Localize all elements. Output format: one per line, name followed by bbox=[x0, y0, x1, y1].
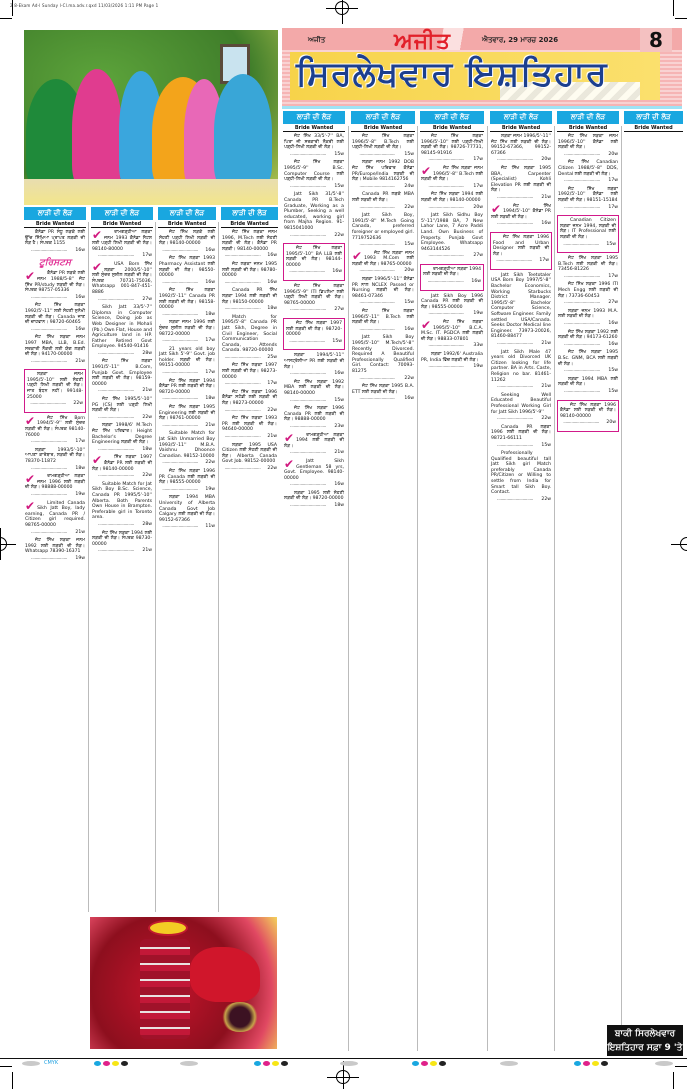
ad-word-count: 15w bbox=[284, 183, 344, 193]
column-subheader: Bride Wanted bbox=[420, 124, 484, 132]
ad-word-count: 16w bbox=[491, 220, 551, 230]
classified-ad: Jatt Sikh Gentleman 58 yrs, Govt. Employ… bbox=[283, 459, 345, 491]
classified-ad: Sikh Jatt 33/5'-7'' Diploma in Computer … bbox=[91, 305, 153, 359]
ad-text: ਜੱਟ ਸਿੱਖ ਲੜਕਾ 1995 B.Sc. GNM, BCA ਲਈ ਲੜਕ… bbox=[558, 350, 618, 367]
cyan-dot bbox=[574, 1061, 581, 1066]
yellow-dot bbox=[112, 1061, 119, 1066]
ad-text: Match for 1995/5'-8'' Canada PR Jatt Sik… bbox=[222, 315, 277, 354]
classified-ad: 21 years old boy Jatt Sikh 5'-9'' Govt. … bbox=[158, 347, 216, 379]
ad-text: Jatt Sikh Male 47 years old Divorced UK … bbox=[491, 350, 551, 384]
magenta-dot bbox=[583, 1061, 590, 1066]
ad-word-count: 16w bbox=[222, 279, 277, 289]
column-divider bbox=[348, 126, 349, 1051]
ad-text: Canada PR ਲੜਕਾ 1996 ਲਈ ਲੜਕੀ ਦੀ ਲੋੜ। 9872… bbox=[491, 425, 551, 442]
classified-ad: ਜੱਟ ਸਿੱਖ ਲੜਕਾ 1996/5'-10'' ਲਈ ਪੜ੍ਹੀ-ਲਿਖੀ… bbox=[420, 134, 484, 166]
ad-word-count: 21w bbox=[491, 340, 551, 350]
photo-bangles-jar bbox=[140, 939, 190, 1039]
classified-ad: ਜੱਟ ਲੜਕਾ ਜਨਮ 1995 ਲਈ ਲੜਕੀ ਦੀ ਲੋੜ। 98780-… bbox=[221, 262, 278, 288]
black-dot bbox=[439, 1061, 446, 1066]
registration-mark bbox=[335, 1, 349, 15]
ad-word-count: 16w bbox=[352, 326, 414, 336]
ad-text: ਲੜਕਾ ਜਨਮ 1992 DOB ਜੱਟ ਸਿੱਖ ਪਰਿਵਾਰ ਕੈਨੇਡਾ… bbox=[352, 160, 414, 182]
classified-ad: ਲੜਕਾ 1994/5'-11'' ਆਸਟ੍ਰੇਲੀਆ PR ਲਈ ਲੜਕੀ ਦ… bbox=[283, 353, 345, 379]
column-header: ਲਾੜੀ ਦੀ ਲੋੜ bbox=[283, 111, 345, 124]
column-subheader: Bride Wanted bbox=[490, 124, 552, 132]
classified-ad: ਜੱਟ ਸਿੱਖ ਲੜਕਾ ਜਨਮ 1993 M.Com ਲਈ ਲੜਕੀ ਦੀ … bbox=[351, 251, 415, 277]
ad-text: ਜੱਟ ਸਿੱਖ ਲੜਕਾ 1994 ਕੈਨੇਡਾ PR ਲਈ ਲੜਕੀ ਦੀ … bbox=[159, 379, 215, 396]
ad-word-count: 15w bbox=[491, 442, 551, 452]
photo-red-pouch bbox=[190, 947, 260, 1002]
ad-text: ਜੱਟ ਸਿੱਖ ਲੜਕਾ ਜਨਮ 1997 MBA, LLB, B.Ed. ਸ… bbox=[25, 335, 85, 357]
column-header: ਲਾੜੀ ਦੀ ਲੋੜ bbox=[420, 111, 484, 124]
yellow-dot bbox=[592, 1061, 599, 1066]
classified-ad: ਜੱਟ ਸਿੱਖ Born 1994/5'-9'' ਲਈ ਸੁੰਦਰ ਲੜਕੀ … bbox=[24, 416, 86, 448]
ad-text: ਜੱਟ ਸਿੱਖ ਲੜਕਾ ਜਨਮ 1993 M.Com ਲਈ ਲੜਕੀ ਦੀ … bbox=[352, 251, 414, 268]
ad-text: ਜੱਟ ਸਿੱਖ ਲੜਕਾ 1995 BBA, Carpenter (Speci… bbox=[491, 166, 551, 194]
ad-word-count: 18w bbox=[159, 395, 215, 405]
ad-word-count: 16w bbox=[284, 481, 344, 491]
ad-text: ਲੜਕਾ 1996/5'-11'' ਕੈਨੇਡਾ PR ਨਾਲ NCLEX Pa… bbox=[352, 277, 414, 299]
photo-cup bbox=[148, 920, 188, 936]
print-slug-line: 2 8-Ekam Ad-l Sunday l-Cl.ma.adv.r.qxd 1… bbox=[10, 3, 158, 8]
ad-text: ਜੱਟ ਸਿੱਖ ਲੜਕਾ ਜਨਮ 1996/5'-8'' B.Tech ਲਈ … bbox=[421, 166, 483, 183]
ad-word-count: 16w bbox=[352, 395, 414, 405]
column-subheader: Bride Wanted bbox=[221, 220, 278, 228]
ad-word-count: 33w bbox=[421, 342, 483, 352]
classified-ad: ਰਾਮਗੜ੍ਹੀਆ ਲੜਕਾ ਜਨਮ 1993 ਕੈਨੇਡਾ ਸੈਟਲ ਲਈ ਪ… bbox=[91, 230, 153, 262]
classified-ad: ਕੈਨੇਡਾ PR ਲੜਕੇ ਲਈ ਜਨਮ 1988/5-8'' ਜੱਟ ਸਿੱ… bbox=[24, 271, 86, 303]
classified-ad: ਜੱਟ ਸਿੱਖ ਲੜਕਾ 1995/5'-9'' B.Sc. Computer… bbox=[283, 160, 345, 192]
ad-column: ਲਾੜੀ ਦੀ ਲੋੜBride Wantedਰਾਮਗੜ੍ਹੀਆ ਲੜਕਾ ਜਨ… bbox=[91, 207, 153, 915]
ad-text: ਰਾਮਗੜ੍ਹੀਆ ਲੜਕਾ 1994 ਲਈ ਲੜਕੀ ਦੀ ਲੋੜ। bbox=[423, 267, 481, 278]
ad-text: ਜੱਟ ਸਿੱਖ ਲੜਕਾ 1992 MBA ਲਈ ਲੜਕੀ ਦੀ ਲੋੜ। 9… bbox=[284, 380, 344, 397]
ad-text: ਲੜਕਾ 1995 USA Citizen ਲਈ ਸੋਹਣੀ ਲੜਕੀ ਦੀ ਲ… bbox=[222, 443, 277, 465]
yellow-dot bbox=[430, 1061, 437, 1066]
ad-text: 21 years old boy Jatt Sikh 5'-9'' Govt. … bbox=[159, 347, 215, 369]
classified-ad: Limited Canada Sikh Jatt Boy, lady earni… bbox=[24, 501, 86, 539]
ad-text: ਜੱਟ ਸਿੱਖ ਲੜਕਾ 1996/5'-11'' B.Tech ਲਈ ਲੜਕ… bbox=[352, 309, 414, 326]
ad-text: Jatt Sikh Gentleman 58 yrs, Govt. Employ… bbox=[284, 459, 344, 481]
ad-text: ਜੱਟ ਸਿੱਖ ਲੜਕਾ 1992/5'-10'' ਕੈਨੇਡਾ ਲਈ ਲੜਕ… bbox=[558, 187, 618, 204]
ad-word-count: 22w bbox=[92, 414, 152, 424]
classified-ad: ਜੱਟ ਸਿੱਖ 1994/5'-10'' ਕੈਨੇਡਾ PR ਲਈ ਲੜਕੀ … bbox=[490, 204, 552, 230]
ad-text: ਲੜਕਾ 1994 MBA ਲਈ ਲੜਕੀ ਦੀ ਲੋੜ। bbox=[558, 377, 618, 388]
ad-text: ਜੱਟ ਸਿੱਖ ਲੜਕਾ 1992/5'-11'' ਲਈ ਸੋਹਣੀ ਸੁਨੱ… bbox=[25, 303, 85, 325]
masthead-rule bbox=[282, 106, 682, 109]
column-header: ਲਾੜੀ ਦੀ ਲੋੜ bbox=[624, 111, 683, 124]
classified-ad: ਜੱਟ ਸਿੱਖ ਲੜਕਾ ਜਨਮ 1996/5'-10'' ਕੈਨੇਡਾ ਲਈ… bbox=[557, 134, 619, 160]
classified-ad: Professionally Qualified beautiful tall … bbox=[490, 451, 552, 505]
crop-mark bbox=[0, 18, 12, 19]
classified-ad: ਜੱਟ ਸਿੱਖ ਲੜਕਾ 1997 ਲਈ ਲੜਕੀ ਦੀ ਲੋੜ। 98720… bbox=[283, 318, 345, 350]
classified-ad: ਰਾਮਗੜ੍ਹੀਆ ਲੜਕਾ 1994 ਲਈ ਲੜਕੀ ਦੀ ਲੋੜ।21w bbox=[283, 433, 345, 459]
column-subheader: Bride Wanted bbox=[557, 124, 619, 132]
classified-ad: USA Born ਸਿੱਖ ਲੜਕਾ 2000/5'-10'' ਲਈ ਸੁੰਦਰ… bbox=[91, 262, 153, 305]
ad-word-count: 16w bbox=[159, 247, 215, 257]
classified-ad: Jatt Sikh Boy 1995/5'-10'' M.Tech/5'-8''… bbox=[351, 335, 415, 384]
ad-column: ਲਾੜੀ ਦੀ ਲੋੜBride Wantedਜੱਟ ਸਿੱਖ ਲੜਕੇ ਲਈ … bbox=[158, 207, 216, 915]
classified-ad: Jatt Sikh 31/5'-8'' Canada PR B.Tech Gra… bbox=[283, 192, 345, 241]
ad-word-count: 17w bbox=[159, 337, 215, 347]
registration-mark bbox=[336, 1070, 350, 1084]
classified-ad: ਜੱਟ ਸਿੱਖ ਲੜਕਾ 1993 Pharmacy Assistant ਲਈ… bbox=[158, 256, 216, 288]
ad-word-count: 18w bbox=[159, 311, 215, 321]
classified-ad: ਜੱਟ ਸਿੱਖ ਲੜਕਾ ਜਨਮ 1992 ਲਈ ਲੜਕੀ ਦੀ ਲੋੜ। W… bbox=[24, 538, 86, 564]
classified-ad: ਜੱਟ ਸਿੱਖ ਲੜਕਾ 1995/5'-10'' B.C.A. M.Sc. … bbox=[420, 320, 484, 352]
ad-word-count: 11w bbox=[159, 523, 215, 533]
ad-text: ਜੱਟ ਸਿੱਖ ਲੜਕਾ 1996 Canada PR ਲਈ ਲੜਕੀ ਦੀ … bbox=[284, 406, 344, 423]
gray-patch bbox=[22, 1061, 40, 1066]
ad-word-count: 16w bbox=[159, 279, 215, 289]
ad-text: ਜੱਟ ਸਿੱਖ ਲੜਕਾ 1995/5'-10'' BA LLB ਲਈ ਲੜਕ… bbox=[286, 246, 342, 268]
column-header: ਲਾੜੀ ਦੀ ਲੋੜ bbox=[158, 207, 216, 220]
classified-ad: ਲੜਕਾ 1995 USA Citizen ਲਈ ਸੋਹਣੀ ਲੜਕੀ ਦੀ ਲ… bbox=[221, 443, 278, 475]
painting-figure-pink bbox=[72, 69, 122, 189]
column-subheader: Bride Wanted bbox=[91, 220, 153, 228]
crop-mark bbox=[12, 1072, 13, 1089]
ad-text: ਜੱਟ ਸਿੱਖ ਲੜਕਾ 1996 PR Canada ਲਈ ਲੜਕੀ ਦੀ … bbox=[159, 469, 215, 486]
ad-word-count: 17w bbox=[493, 257, 549, 267]
classified-ad: ਲੜਕਾ ਜਨਮ 1996 ਲਈ ਸੁੰਦਰ ਸੁਸ਼ੀਲ ਲੜਕੀ ਦੀ ਲੋ… bbox=[158, 320, 216, 346]
classified-ad: ਜੱਟ ਸਿੱਖ ਲੜਕਾ 1996 ਕੈਨੇਡਾ ਲਈ ਲੜਕੀ ਦੀ ਲੋੜ… bbox=[557, 400, 619, 432]
ad-text: USA Born ਸਿੱਖ ਲੜਕਾ 2000/5'-10'' ਲਈ ਸੁੰਦਰ… bbox=[92, 262, 152, 296]
brand-logo: ਅਜੀਤ bbox=[394, 28, 451, 54]
ad-word-count: 21w bbox=[491, 383, 551, 393]
classified-ad: ਜੱਟ ਸਿੱਖ 33/5'-7'' BA, ਪਿਤਾ ਜੀ ਸਰਕਾਰੀ ਨੌ… bbox=[283, 134, 345, 160]
column-subheader: Bride Wanted bbox=[351, 124, 415, 132]
classified-ad: ਸਿੱਖ ਲੜਕਾ 1997 ਕੈਨੇਡਾ PR ਲਈ ਲੜਕੀ ਦੀ ਲੋੜ।… bbox=[91, 455, 153, 481]
ad-text: Suitable Match for Jat Sikh Boy B.Sc. Sc… bbox=[92, 482, 152, 521]
classified-ad: ਲੜਕਾ ਜਨਮ 1996/5'-11'' ਜੱਟ ਸਿੱਖ ਲਈ ਲੜਕੀ ਦ… bbox=[490, 134, 552, 166]
ad-text: ਜੱਟ ਸਿੱਖ ਲੜਕਾ 1995 B.A. ETT ਲਈ ਲੜਕੀ ਦੀ ਲ… bbox=[352, 384, 414, 395]
ad-word-count: 22w bbox=[27, 400, 83, 410]
ad-text: ਕੈਨੇਡਾ PR ਲੜਕੇ ਲਈ ਜਨਮ 1988/5-8'' ਜੱਟ ਸਿੱ… bbox=[25, 271, 85, 293]
ad-word-count: 17w bbox=[421, 183, 483, 193]
black-dot bbox=[281, 1061, 288, 1066]
ad-word-count: 17w bbox=[222, 380, 277, 390]
masthead: ਅਜੀਤ ਅਜੀਤ ਐਤਵਾਰ, 29 ਮਾਰਚ 2026 8 ਸਿਰਲੇਖਵਾ… bbox=[282, 28, 682, 106]
ad-text: ਲੜਕਾ 1992/6' Australia PR, India ਵਿੱਚ ਲੜ… bbox=[421, 352, 483, 363]
ad-text: ਜੱਟ ਸਿੱਖ 1994/5'-10'' ਕੈਨੇਡਾ PR ਲਈ ਲੜਕੀ … bbox=[491, 204, 551, 221]
ad-text: ਲੜਕਾ ਜਨਮ 1996 ਲਈ ਸੁੰਦਰ ਸੁਸ਼ੀਲ ਲੜਕੀ ਦੀ ਲੋ… bbox=[159, 320, 215, 337]
column-header: ਲਾੜੀ ਦੀ ਲੋੜ bbox=[91, 207, 153, 220]
ad-text: ਜੱਟ ਸਿੱਖ ਲੜਕਾ 1995 B.Tech ਲਈ ਲੜਕੀ ਦੀ ਲੋੜ… bbox=[558, 256, 618, 273]
tourists-heading: ਟੂਰਿਸਟਸ bbox=[24, 258, 86, 268]
column-header: ਲਾੜੀ ਦੀ ਲੋੜ bbox=[221, 207, 278, 220]
ad-word-count: 21w bbox=[25, 358, 85, 368]
ad-word-count: 22w bbox=[222, 407, 277, 417]
column-header: ਲਾੜੀ ਦੀ ਲੋੜ bbox=[490, 111, 552, 124]
classified-ad: ਰਾਮਗੜ੍ਹੀਆ ਲੜਕਾ 1994 ਲਈ ਲੜਕੀ ਦੀ ਲੋੜ।16w bbox=[420, 264, 484, 291]
classified-ad: Canada PR ਲੜਕੇ MBA ਲਈ ਲੜਕੀ ਦੀ ਲੋੜ।22w bbox=[351, 192, 415, 213]
ad-word-count: 27w bbox=[558, 299, 618, 309]
ad-word-count: 15w bbox=[558, 367, 618, 377]
classified-ad: ਜੱਟ ਸਿੱਖ ਲੜਕੇ ਲਈ ਸੋਹਣੀ ਪੜ੍ਹੀ ਲਿਖੀ ਲੜਕੀ ਦ… bbox=[158, 230, 216, 256]
classified-ad: ਜੱਟ ਸਿੱਖ ਲੜਕਾ 1996/5'-11'' B.Tech ਲਈ ਲੜਕ… bbox=[351, 309, 415, 335]
gray-patch bbox=[500, 1061, 518, 1066]
classified-ad: ਜੱਟ ਸਿੱਖ ਲੜਕਾ 1996 Canada PR ਲਈ ਲੜਕੀ ਦੀ … bbox=[283, 406, 345, 432]
photo-bells bbox=[220, 1002, 260, 1032]
cmyk-color-bar bbox=[254, 1061, 288, 1066]
ad-column: ਲਾੜੀ ਦੀ ਲੋੜBride Wanted bbox=[624, 111, 683, 1023]
ad-text: Suitable Match for Jat Sikh Unmarried Bo… bbox=[159, 431, 215, 459]
black-dot bbox=[601, 1061, 608, 1066]
ad-text: ਜੱਟ ਸਿੱਖ ਲੜਕਾ ਜਨਮ 1992 ਲਈ ਲੜਕੀ ਦੀ ਲੋੜ। W… bbox=[25, 538, 85, 555]
column-subheader: Bride Wanted bbox=[283, 124, 345, 132]
ad-word-count: 16w bbox=[286, 268, 342, 278]
ad-text: ਜੱਟ ਸਿੱਖ ਲੜਕਾ 1996 ਕੈਨੇਡਾ ਲਈ ਲੜਕੀ ਦੀ ਲੋੜ… bbox=[560, 403, 616, 420]
ad-text: ਜੱਟ ਸਿੱਖ ਲੜਕਾ 1994 ਲਈ ਲੜਕੀ ਦੀ ਲੋੜ। 98140… bbox=[421, 192, 483, 203]
ad-word-count: 22w bbox=[491, 496, 551, 506]
ad-text: ਸਿੱਖ ਲੜਕਾ 1997 ਕੈਨੇਡਾ PR ਲਈ ਲੜਕੀ ਦੀ ਲੋੜ।… bbox=[92, 455, 152, 472]
magenta-dot bbox=[421, 1061, 428, 1066]
bottom-photo-wedding-items bbox=[90, 917, 277, 1049]
classified-ad: Jatt Sikh Male 47 years old Divorced UK … bbox=[490, 350, 552, 393]
ad-text: ਜੱਟ ਸਿੱਖ ਲੜਕਾ 1996/5'-9'' ITI ਡਿਪਲੋਮਾ ਲਈ… bbox=[284, 284, 344, 306]
ad-word-count: 15w bbox=[558, 388, 618, 398]
ad-text: ਜੱਟ ਸਿੱਖ ਲੜਕਾ 1996/5'-10'' ਲਈ ਪੜ੍ਹੀ-ਲਿਖੀ… bbox=[421, 134, 483, 156]
ad-word-count: 27w bbox=[92, 296, 152, 306]
ad-text: Jatt Sikh Boy 1996 Canada PR ਲਈ ਲੜਕੀ ਦੀ … bbox=[421, 294, 483, 311]
ad-text: ਜੱਟ ਸਿੱਖ ਲੜਕਾ 1991/5'-11'' B.Com, Punjab… bbox=[92, 359, 152, 387]
ad-word-count: 15w bbox=[352, 151, 414, 161]
page-title: ਸਿਰਲੇਖਵਾਰ ਇਸ਼ਤਿਹਾਰ bbox=[296, 54, 608, 94]
ad-word-count: 16w bbox=[558, 320, 618, 330]
classified-ad: ਜੱਟ ਸਿੱਖ ਲੜਕਾ 1996/5'-9'' ITI ਡਿਪਲੋਮਾ ਲਈ… bbox=[283, 284, 345, 316]
ad-text: Professionally Qualified beautiful tall … bbox=[491, 451, 551, 496]
classified-ad: ਜੱਟ ਸਿੱਖ ਲੜਕਾ 1995 B.A. ETT ਲਈ ਲੜਕੀ ਦੀ ਲ… bbox=[351, 384, 415, 405]
ad-word-count: 17w bbox=[159, 369, 215, 379]
ad-word-count: 19w bbox=[421, 363, 483, 373]
column-subheader: Bride Wanted bbox=[158, 220, 216, 228]
ad-text: ਜੱਟ ਸਿੱਖ ਲੜਕਾ 1996 ਕੈਨੇਡਾ ਸਟੱਡੀ ਲਈ ਲੜਕੀ … bbox=[222, 390, 277, 407]
ad-text: Jatt Sikh Sidhu Boy 5'-11''/1988 BA, 7 N… bbox=[421, 213, 483, 252]
classified-ad: Seeking Well Educated Beautiful Professi… bbox=[490, 393, 552, 425]
painting-figure-lightblue bbox=[214, 74, 272, 189]
ad-word-count: 17w bbox=[558, 204, 618, 214]
column-subheader: Bride Wanted bbox=[624, 124, 683, 132]
classified-ad: ਜੱਟ ਸਿੱਖ ਲੜਕਾ 1997 ਲਈ ਲੜਕੀ ਦੀ ਲੋੜ। 98273… bbox=[221, 363, 278, 389]
page-number: 8 bbox=[640, 28, 672, 52]
ad-word-count: 16w bbox=[25, 326, 85, 336]
classified-ad: ਲੜਕਾ 1995 ਲਈ ਸੋਹਣੀ ਲੜਕੀ ਦੀ ਲੋੜ। 98720-00… bbox=[283, 491, 345, 512]
ad-text: ਜੱਟ ਸਿੱਖ ਲੜਕਾ 1995/5'-10'' B.C.A. M.Sc. … bbox=[421, 320, 483, 342]
classified-ad: Jatt Sikh Sidhu Boy 5'-11''/1988 BA, 7 N… bbox=[420, 213, 484, 262]
classified-ad: ਜੱਟ ਸਿੱਖ ਲੜਕਾ 1992/5'-11'' ਲਈ ਸੋਹਣੀ ਸੁਨੱ… bbox=[24, 303, 86, 335]
ad-text: ਲੜਕਾ ਜਨਮ 1996/5'-11'' ਜੱਟ ਸਿੱਖ ਲਈ ਲੜਕੀ ਦ… bbox=[491, 134, 551, 156]
classified-ad: ਜੱਟ ਸਿੱਖ ਲੜਕਾ 1993 PR ਲਈ ਲੜਕੀ ਦੀ ਲੋੜ। 94… bbox=[221, 416, 278, 442]
ad-text: ਜੱਟ ਸਿੱਖ ਲੜਕਾ 1997 ਲਈ ਲੜਕੀ ਦੀ ਲੋੜ। 98720… bbox=[286, 321, 342, 338]
ad-text: Jatt Sikh 31/5'-8'' Canada PR B.Tech Gra… bbox=[284, 192, 344, 231]
ad-text: ਜੱਟ ਸਿੱਖ Born 1994/5'-9'' ਲਈ ਸੁੰਦਰ ਲੜਕੀ … bbox=[25, 416, 85, 438]
ad-word-count: 18w bbox=[284, 502, 344, 512]
column-divider bbox=[487, 126, 488, 1051]
ad-text: Jatt Sikh Teetotaler USA Born Boy 1997/5… bbox=[491, 273, 551, 340]
classified-ad: ਜੱਟ ਸਿੱਖ ਲੜਕਾ 1994 ਲਈ ਲੜਕੀ ਦੀ ਲੋੜ। ਸੰਪਰਕ… bbox=[91, 531, 153, 557]
classified-ad: ਜੱਟ ਸਿੱਖ 1995/5'-10'' PG (CS) ਲਈ ਪੜ੍ਹੀ ਲ… bbox=[91, 397, 153, 423]
crop-mark bbox=[673, 0, 674, 16]
ad-text: ਜੱਟ ਸਿੱਖ ਲੜਕਾ ਜਨਮ 1996/5'-10'' ਕੈਨੇਡਾ ਲਈ… bbox=[558, 134, 618, 151]
ad-text: ਲੜਕਾ 1998/6' M.Tech ਜੱਟ ਸਿੱਖ ਪਰਿਵਾਰ। Hei… bbox=[92, 423, 152, 445]
ad-text: ਕੈਨੇਡਾ PR ਸੰਧੂ ਲੜਕੇ ਲਈ ਉੱਚ ਸਿੱਖਿਆ ਪ੍ਰਾਪਤ… bbox=[25, 230, 85, 247]
classified-ad: ਜੱਟ ਸਿੱਖ ਲੜਕਾ 1994 ਲਈ ਲੜਕੀ ਦੀ ਲੋੜ। 98140… bbox=[420, 192, 484, 213]
ad-word-count: 16w bbox=[558, 341, 618, 351]
ad-word-count: 16w bbox=[284, 370, 344, 380]
ad-word-count: 28w bbox=[92, 521, 152, 531]
ad-text: ਜੱਟ ਸਿੱਖ ਲੜਕਾ ਜਨਮ 1996, M.Tech ਲਈ ਸੋਹਣੀ … bbox=[222, 230, 277, 252]
ad-text: ਲੜਕਾ 1993/5'-10'' ਆਪਣਾ ਕਾਰੋਬਾਰ, ਲੜਕੀ ਦੀ … bbox=[25, 448, 85, 465]
classified-ad: ਜੱਟ ਸਿੱਖ ਲੜਕਾ 1995/5'-10'' BA LLB ਲਈ ਲੜਕ… bbox=[283, 243, 345, 281]
classified-ad: ਲੜਕਾ 1994 MBA ਲਈ ਲੜਕੀ ਦੀ ਲੋੜ।15w bbox=[557, 377, 619, 398]
column-divider bbox=[621, 126, 622, 1051]
ad-text: ਜੱਟ ਸਿੱਖ ਲੜਕੇ ਲਈ ਸੋਹਣੀ ਪੜ੍ਹੀ ਲਿਖੀ ਲੜਕੀ ਦ… bbox=[159, 230, 215, 247]
classified-ad: ਜੱਟ ਸਿੱਖ ਲੜਕਾ ਜਨਮ 1996/5'-8'' B.Tech ਲਈ … bbox=[420, 166, 484, 192]
classified-ad: ਜੱਟ ਸਿੱਖ ਲੜਕਾ ਜਨਮ 1996, M.Tech ਲਈ ਸੋਹਣੀ … bbox=[221, 230, 278, 262]
ad-column: ਲਾੜੀ ਦੀ ਲੋੜBride Wantedਕੈਨੇਡਾ PR ਸੰਧੂ ਲੜ… bbox=[24, 207, 86, 1055]
cmyk-color-bar bbox=[94, 1061, 128, 1066]
cyan-dot bbox=[412, 1061, 419, 1066]
classified-ad: ਜੱਟ ਸਿੱਖ Canadian Citizen 1988/5'-8'' DD… bbox=[557, 160, 619, 186]
ad-word-count: 16w bbox=[25, 294, 85, 304]
ad-word-count: 20w bbox=[491, 156, 551, 166]
ad-word-count: 20w bbox=[558, 151, 618, 161]
classified-ad: ਜੱਟ ਸਿੱਖ ਲੜਕਾ 1992 ਲਈ ਲੜਕੀ ਦੀ ਲੋੜ। 94173… bbox=[557, 330, 619, 351]
classified-ad: ਜੱਟ ਸਿੱਖ ਲੜਕਾ 1996/5'-8'' B.Tech ਲਈ ਪੜ੍ਹ… bbox=[351, 134, 415, 160]
ad-text: ਲੜਕਾ 1994/5'-11'' ਆਸਟ੍ਰੇਲੀਆ PR ਲਈ ਲੜਕੀ ਦ… bbox=[284, 353, 344, 370]
ad-text: ਲੜਕਾ ਜਨਮ 1993 M.A. ਲਈ ਲੜਕੀ ਦੀ ਲੋੜ। bbox=[558, 309, 618, 320]
ad-word-count: 21w bbox=[92, 547, 152, 557]
ad-text: ਲੜਕਾ ਜਨਮ 1995/5'-10'' ਲਈ ਸੋਹਣੀ ਪੜ੍ਹੀ ਲਿਖ… bbox=[27, 372, 83, 400]
classified-ad: Match for 1995/5'-8'' Canada PR Jatt Sik… bbox=[221, 315, 278, 364]
ad-column: ਲਾੜੀ ਦੀ ਲੋੜBride Wantedਜੱਟ ਸਿੱਖ ਲੜਕਾ 199… bbox=[351, 111, 415, 1055]
classified-ad: ਕੈਨੇਡਾ PR ਸੰਧੂ ਲੜਕੇ ਲਈ ਉੱਚ ਸਿੱਖਿਆ ਪ੍ਰਾਪਤ… bbox=[24, 230, 86, 256]
ad-text: ਜੱਟ ਸਿੱਖ ਲੜਕਾ 1994 ਲਈ ਲੜਕੀ ਦੀ ਲੋੜ। ਸੰਪਰਕ… bbox=[92, 531, 152, 548]
ad-text: ਜੱਟ ਸਿੱਖ ਲੜਕਾ 1995/5'-9'' B.Sc. Computer… bbox=[284, 160, 344, 182]
ad-word-count: 17w bbox=[25, 438, 85, 448]
classified-ad: ਜੱਟ ਸਿੱਖ ਲੜਕਾ 1996 ITI Mech Engg ਲਈ ਲੜਕੀ… bbox=[557, 282, 619, 308]
classified-ad: ਲੜਕਾ 1992/6' Australia PR, India ਵਿੱਚ ਲੜ… bbox=[420, 352, 484, 373]
ad-word-count: 18w bbox=[222, 305, 277, 315]
classified-ad: Jatt Sikh Teetotaler USA Born Boy 1997/5… bbox=[490, 273, 552, 350]
painting-floor bbox=[24, 179, 278, 205]
ad-word-count: 15w bbox=[286, 338, 342, 348]
ad-text: ਜੱਟ ਲੜਕਾ ਜਨਮ 1995 ਲਈ ਲੜਕੀ ਦੀ ਲੋੜ। 98780-… bbox=[222, 262, 277, 279]
column-header: ਲਾੜੀ ਦੀ ਲੋੜ bbox=[351, 111, 415, 124]
ad-word-count: 21w bbox=[159, 422, 215, 432]
classified-ad: ਜੱਟ ਸਿੱਖ ਲੜਕਾ 1992/5'-10'' ਕੈਨੇਡਾ ਲਈ ਲੜਕ… bbox=[557, 187, 619, 213]
classified-ad: ਲੜਕਾ ਜਨਮ 1992 DOB ਜੱਟ ਸਿੱਖ ਪਰਿਵਾਰ ਕੈਨੇਡਾ… bbox=[351, 160, 415, 192]
classified-ad: ਲੜਕਾ 1996/5'-11'' ਕੈਨੇਡਾ PR ਨਾਲ NCLEX Pa… bbox=[351, 277, 415, 309]
classified-ad: Jatt Sikh Boy 1996 Canada PR ਲਈ ਲੜਕੀ ਦੀ … bbox=[420, 294, 484, 320]
ad-text: ਜੱਟ ਸਿੱਖ 1995/5'-10'' PG (CS) ਲਈ ਪੜ੍ਹੀ ਲ… bbox=[92, 397, 152, 414]
top-photo-painting bbox=[24, 30, 278, 205]
yellow-dot bbox=[272, 1061, 279, 1066]
column-header: ਲਾੜੀ ਦੀ ਲੋੜ bbox=[24, 207, 86, 220]
column-subheader: Bride Wanted bbox=[24, 220, 86, 228]
classified-ad: ਜੱਟ ਸਿੱਖ ਲੜਕਾ 1992 MBA ਲਈ ਲੜਕੀ ਦੀ ਲੋੜ। 9… bbox=[283, 380, 345, 406]
ad-word-count: 22w bbox=[352, 204, 414, 214]
more-ads-notice: ਬਾਕੀ ਸਿਰਲੇਖਵਾਰ ਇਸ਼ਤਿਹਾਰ ਸਫ਼ਾ 9 'ਤੇ bbox=[607, 1025, 683, 1056]
classified-ad: ਜੱਟ ਸਿੱਖ ਲੜਕਾ 1995 B.Tech ਲਈ ਲੜਕੀ ਦੀ ਲੋੜ… bbox=[557, 256, 619, 282]
column-header: ਲਾੜੀ ਦੀ ਲੋੜ bbox=[557, 111, 619, 124]
classified-ad: ਲੜਕਾ ਜਨਮ 1995/5'-10'' ਲਈ ਸੋਹਣੀ ਪੜ੍ਹੀ ਲਿਖ… bbox=[24, 369, 86, 413]
column-divider bbox=[155, 222, 156, 912]
ad-word-count: 21w bbox=[92, 387, 152, 397]
classified-ad: Jatt Sikh Boy, 1991/5'-8'' M.Tech Going … bbox=[351, 213, 415, 251]
gray-patch bbox=[655, 1061, 673, 1066]
ad-text: ਜੱਟ ਸਿੱਖ 33/5'-7'' BA, ਪਿਤਾ ਜੀ ਸਰਕਾਰੀ ਨੌ… bbox=[284, 134, 344, 151]
ad-word-count: 19w bbox=[159, 486, 215, 496]
ad-text: Canada PR ਲੜਕੇ MBA ਲਈ ਲੜਕੀ ਦੀ ਲੋੜ। bbox=[352, 192, 414, 203]
ad-word-count: 22w bbox=[491, 415, 551, 425]
ad-text: ਜੱਟ ਸਿੱਖ ਲੜਕਾ 1996 Food and Urban Design… bbox=[493, 235, 549, 257]
ad-word-count: 22w bbox=[222, 465, 277, 475]
classified-ad: ਜੱਟ ਸਿੱਖ ਲੜਕਾ 1991/5'-11'' B.Com, Punjab… bbox=[91, 359, 153, 397]
classified-ad: ਜੱਟ ਸਿੱਖ ਲੜਕਾ 1996 Food and Urban Design… bbox=[490, 232, 552, 270]
more-ads-line-2: ਇਸ਼ਤਿਹਾਰ ਸਫ਼ਾ 9 'ਤੇ bbox=[607, 1041, 683, 1055]
ad-word-count: 16w bbox=[222, 252, 277, 262]
footer-rule bbox=[0, 1058, 687, 1059]
ad-text: Canada PR ਸਿੱਖ ਲੜਕਾ 1994 ਲਈ ਲੜਕੀ ਦੀ ਲੋੜ।… bbox=[222, 288, 277, 305]
ad-word-count: 20w bbox=[352, 267, 414, 277]
ad-text: Jatt Sikh Boy, 1991/5'-8'' M.Tech Going … bbox=[352, 213, 414, 241]
ad-word-count: 20w bbox=[560, 419, 616, 429]
gray-patch bbox=[180, 1061, 198, 1066]
ad-text: Jatt Sikh Boy 1995/5'-10'' M.Tech/5'-8''… bbox=[352, 335, 414, 374]
classified-ad: ਲੜਕਾ ਜਨਮ 1993 M.A. ਲਈ ਲੜਕੀ ਦੀ ਲੋੜ।16w bbox=[557, 309, 619, 330]
ad-word-count: 17w bbox=[558, 177, 618, 187]
ad-column: ਲਾੜੀ ਦੀ ਲੋੜBride Wantedਜੱਟ ਸਿੱਖ ਲੜਕਾ ਜਨਮ… bbox=[557, 111, 619, 1023]
classified-ad: ਜੱਟ ਸਿੱਖ ਲੜਕਾ 1994 ਕੈਨੇਡਾ PR ਲਈ ਲੜਕੀ ਦੀ … bbox=[158, 379, 216, 405]
magenta-dot bbox=[103, 1061, 110, 1066]
ad-word-count: 27w bbox=[421, 252, 483, 262]
column-divider bbox=[218, 222, 219, 912]
ad-column: ਲਾੜੀ ਦੀ ਲੋੜBride Wantedਜੱਟ ਸਿੱਖ 33/5'-7'… bbox=[283, 111, 345, 1055]
crop-mark bbox=[673, 1072, 674, 1089]
ad-text: ਲੜਕਾ 1994 MBA University of Alberta Cana… bbox=[159, 495, 215, 523]
issue-date: ਐਤਵਾਰ, 29 ਮਾਰਚ 2026 bbox=[482, 36, 558, 45]
crop-mark bbox=[675, 1066, 687, 1067]
ad-column: ਲਾੜੀ ਦੀ ਲੋੜBride Wantedਜੱਟ ਸਿੱਖ ਲੜਕਾ ਜਨਮ… bbox=[221, 207, 278, 915]
ad-text: ਲੜਕਾ 1995 ਲਈ ਸੋਹਣੀ ਲੜਕੀ ਦੀ ਲੋੜ। 98720-00… bbox=[284, 491, 344, 502]
gray-patch bbox=[340, 1061, 358, 1066]
ad-word-count: 15w bbox=[284, 151, 344, 161]
ad-text: ਜੱਟ ਸਿੱਖ ਲੜਕਾ 1997 ਲਈ ਲੜਕੀ ਦੀ ਲੋੜ। 98273… bbox=[222, 363, 277, 380]
classified-ad: ਜੱਟ ਸਿੱਖ ਲੜਕਾ ਜਨਮ 1997 MBA, LLB, B.Ed. ਸ… bbox=[24, 335, 86, 367]
classified-ad: Canada PR ਲੜਕਾ 1996 ਲਈ ਲੜਕੀ ਦੀ ਲੋੜ। 9872… bbox=[490, 425, 552, 451]
ad-word-count: 16w bbox=[423, 278, 481, 288]
magenta-dot bbox=[263, 1061, 270, 1066]
classified-ad: ਜੱਟ ਸਿੱਖ ਲੜਕਾ 1995 B.Sc. GNM, BCA ਲਈ ਲੜਕ… bbox=[557, 350, 619, 376]
ad-text: ਰਾਮਗੜ੍ਹੀਆ ਲੜਕਾ 1994 ਲਈ ਲੜਕੀ ਦੀ ਲੋੜ। bbox=[284, 433, 344, 450]
ad-text: ਰਾਮਗੜ੍ਹੀਆ ਲੜਕਾ ਜਨਮ 1996 ਲਈ ਲੜਕੀ ਦੀ ਲੋੜ। … bbox=[25, 474, 85, 491]
ad-text: Sikh Jatt 33/5'-7'' Diploma in Computer … bbox=[92, 305, 152, 350]
ad-text: Canadian Citizen ਲੜਕਾ ਜਨਮ 1994, ਲੜਕੀ ਦੀ … bbox=[560, 218, 616, 240]
ad-text: ਜੱਟ ਸਿੱਖ ਲੜਕਾ 1993 Pharmacy Assistant ਲਈ… bbox=[159, 256, 215, 278]
classified-ad: ਜੱਟ ਸਿੱਖ ਲੜਕਾ 1995 BBA, Carpenter (Speci… bbox=[490, 166, 552, 204]
classified-ad: ਜੱਟ ਸਿੱਖ ਲੜਕਾ 1996 ਕੈਨੇਡਾ ਸਟੱਡੀ ਲਈ ਲੜਕੀ … bbox=[221, 390, 278, 416]
ad-text: Seeking Well Educated Beautiful Professi… bbox=[491, 393, 551, 415]
column-divider bbox=[88, 222, 89, 912]
cmyk-color-bar bbox=[574, 1061, 608, 1066]
ad-word-count: 19w bbox=[25, 555, 85, 565]
ad-word-count: 22w bbox=[159, 459, 215, 469]
ad-word-count: 21w bbox=[222, 433, 277, 443]
cyan-dot bbox=[254, 1061, 261, 1066]
classified-ad: Canada PR ਸਿੱਖ ਲੜਕਾ 1994 ਲਈ ਲੜਕੀ ਦੀ ਲੋੜ।… bbox=[221, 288, 278, 314]
black-dot bbox=[121, 1061, 128, 1066]
classified-ad: ਲੜਕਾ 1993/5'-10'' ਆਪਣਾ ਕਾਰੋਬਾਰ, ਲੜਕੀ ਦੀ … bbox=[24, 448, 86, 474]
